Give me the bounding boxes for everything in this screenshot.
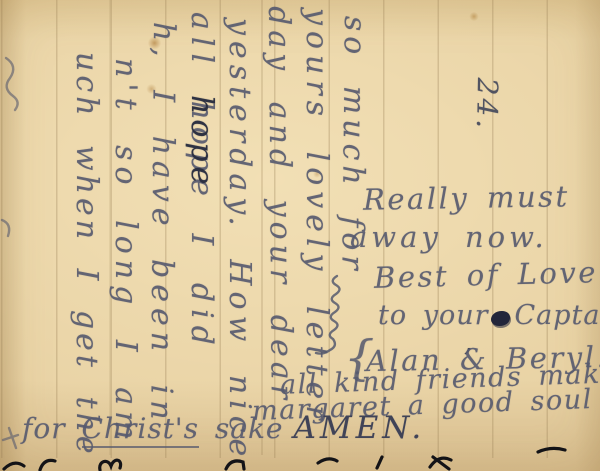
handwritten-line: Best of Love bbox=[374, 255, 599, 295]
letter-page: so much for yours lovely letter day and … bbox=[0, 0, 600, 471]
page-number: 24. bbox=[470, 77, 504, 131]
captain-text: Captain bbox=[515, 300, 600, 331]
sake-text: sake bbox=[199, 412, 284, 445]
to-your-text: to your bbox=[378, 300, 489, 331]
handwritten-line-rotated: n't so long I am bbox=[108, 58, 143, 446]
for-text: for bbox=[22, 412, 82, 445]
handwritten-line: away now. bbox=[350, 220, 548, 254]
overwritten-word: hope bbox=[184, 95, 219, 189]
handwritten-line-rotated: uch when I get the bbox=[69, 52, 104, 458]
handwritten-line: Really must bbox=[363, 179, 570, 217]
underlined-word: Christ's bbox=[82, 412, 199, 448]
paper-stain bbox=[469, 12, 479, 21]
handwritten-line-rotated: day and your dear bbox=[261, 6, 299, 404]
letter-scan: so much for yours lovely letter day and … bbox=[0, 0, 600, 471]
amen-text: AMEN. bbox=[294, 410, 426, 446]
ink-blot bbox=[491, 311, 510, 326]
handwritten-line-rotated: h, I have been in bbox=[143, 22, 181, 426]
final-line: for Christ's sakeAMEN. bbox=[22, 410, 425, 446]
handwritten-line-rotated: yours lovely letter bbox=[299, 8, 334, 426]
handwritten-line: to yourCaptain , bbox=[378, 300, 600, 331]
